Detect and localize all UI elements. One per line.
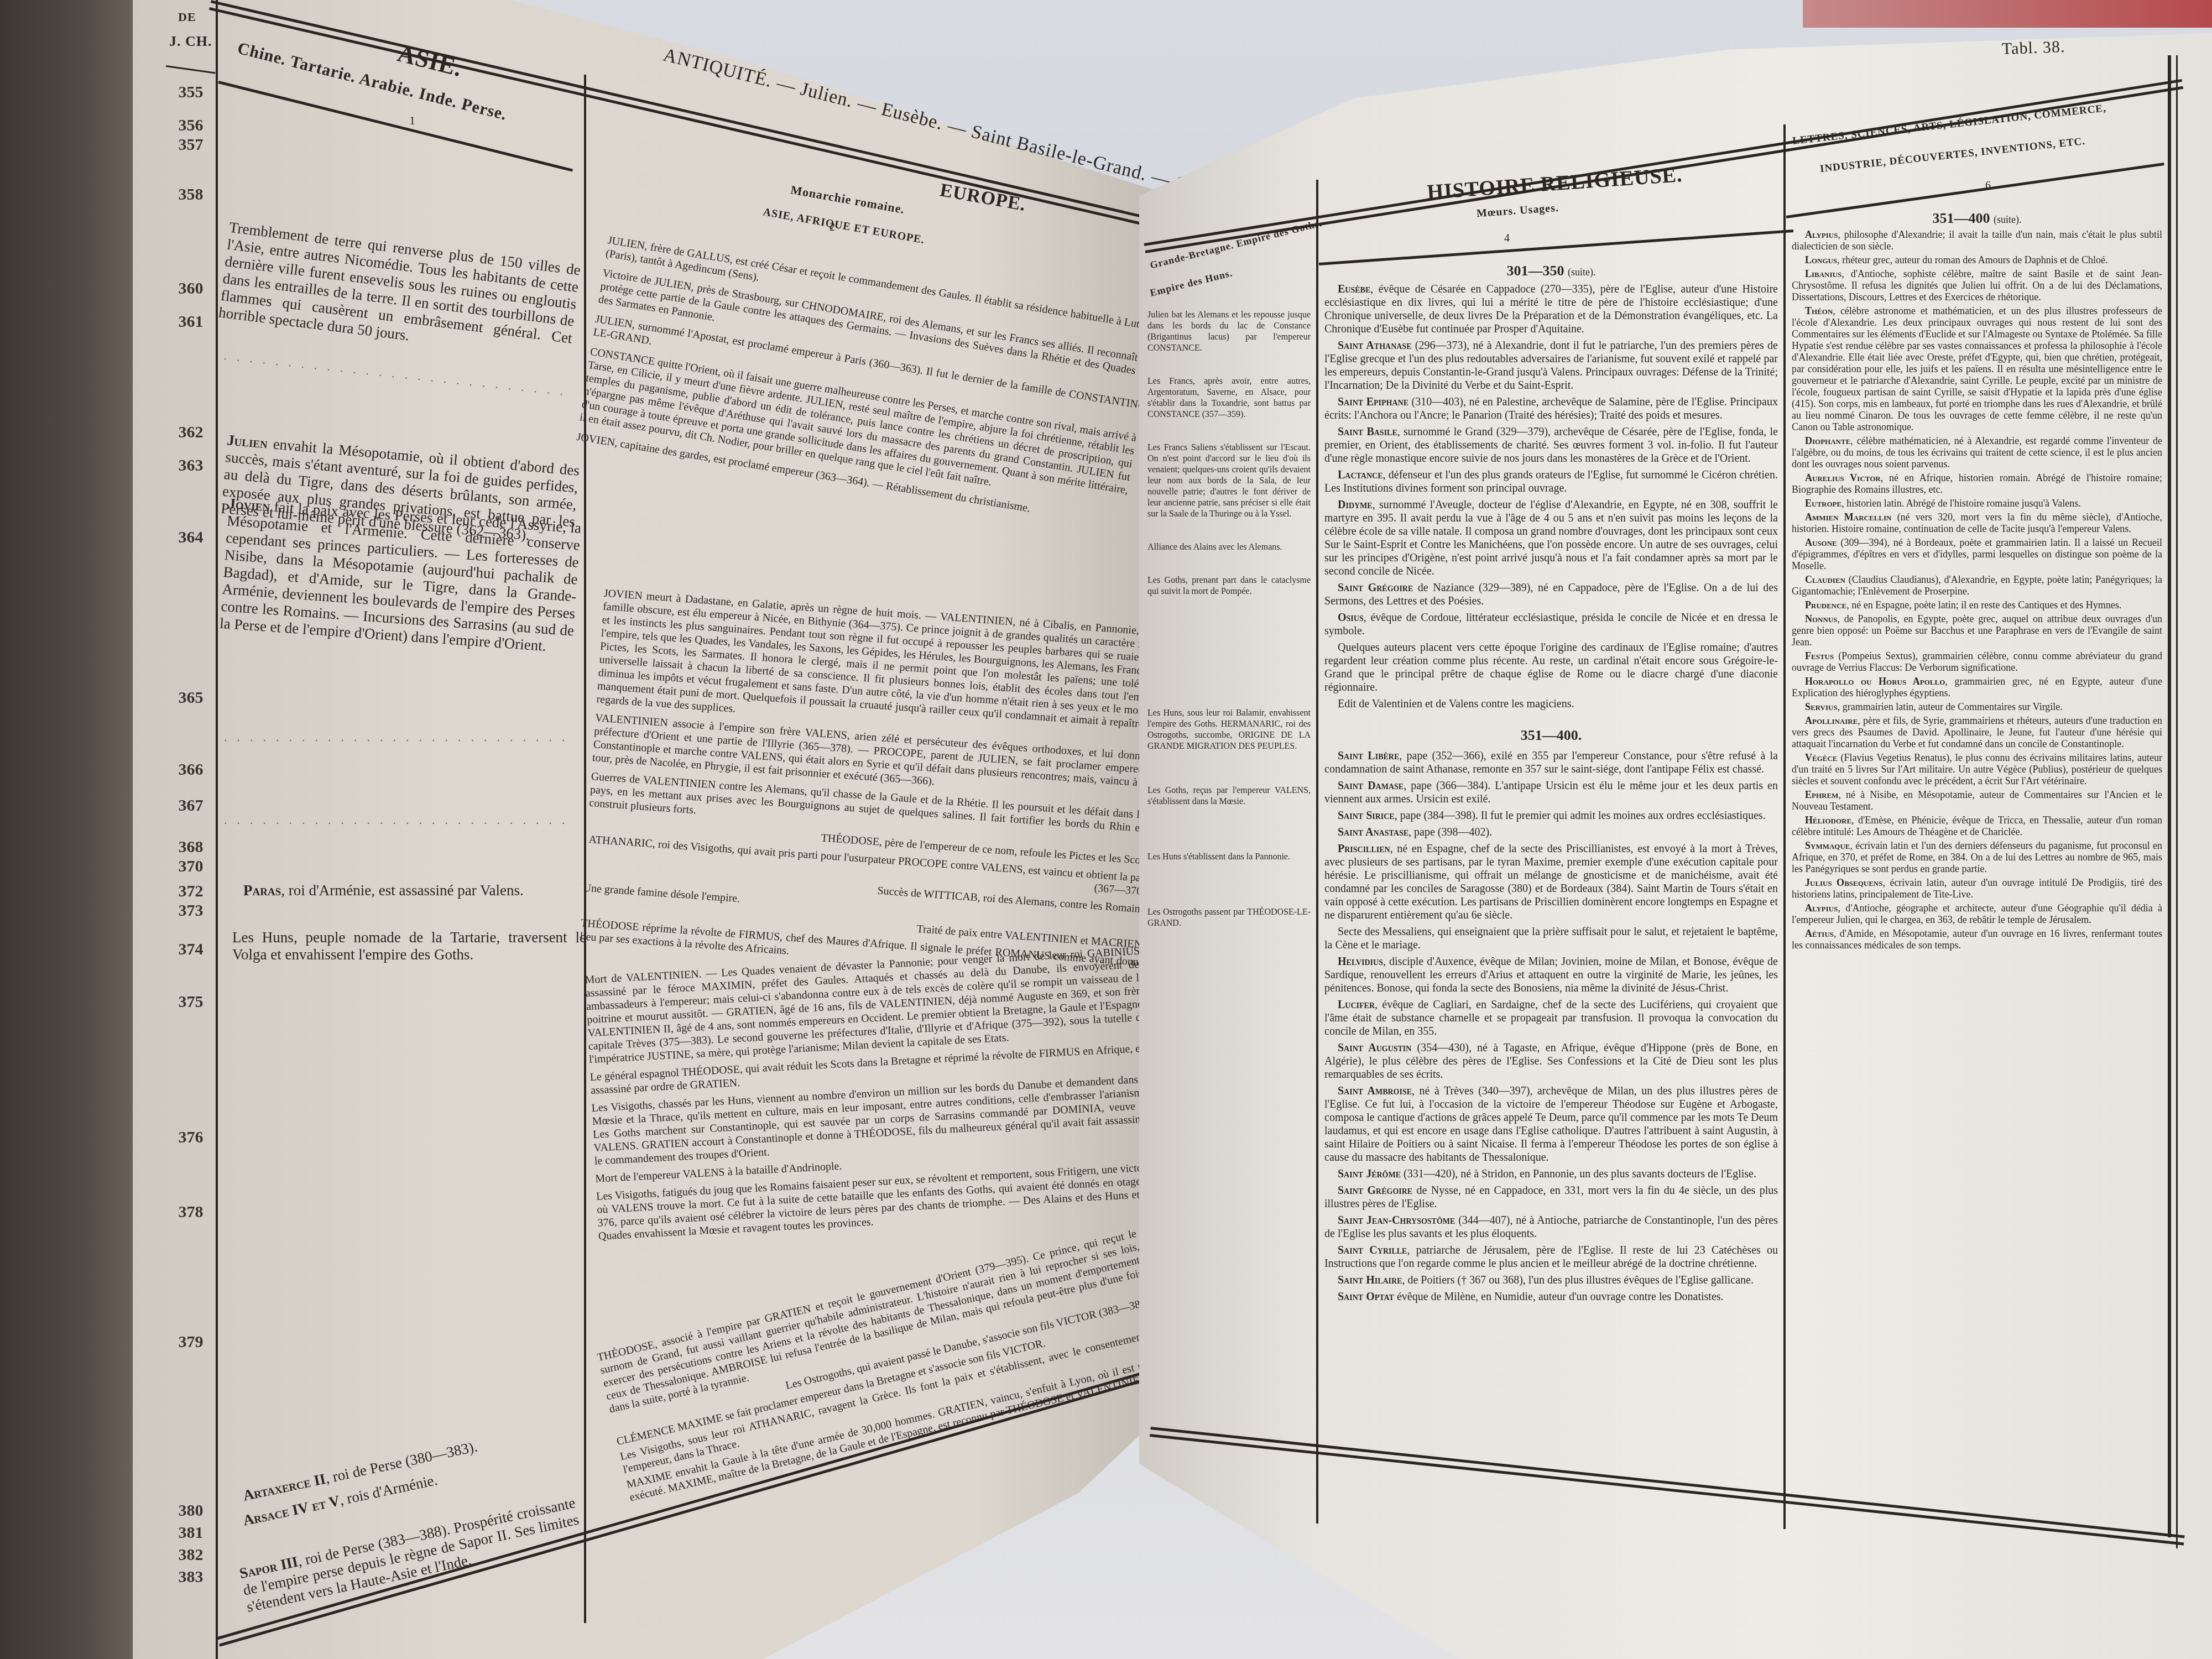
right-page-border-inner xyxy=(2176,55,2178,1548)
religion-entry: Saint Grégoire de Nysse, né en Cappadoce… xyxy=(1324,1184,1778,1211)
year: 363 xyxy=(166,456,216,475)
religion-entry: Saint Augustin (354—430), né à Tagaste, … xyxy=(1324,1041,1778,1081)
religion-period-2: 351—400. xyxy=(1324,727,1778,744)
goths-entry: Les Francs Saliens s'établissent sur l'E… xyxy=(1147,442,1311,520)
asie-entry-374: Les Huns, peuple nomade de la Tartarie, … xyxy=(232,929,586,963)
year: 383 xyxy=(166,1568,216,1587)
year: 378 xyxy=(166,1203,216,1222)
goths-religion-divider xyxy=(1316,180,1318,1524)
lettres-entry: Végèce (Flavius Vegetius Renatus), le pl… xyxy=(1792,752,2162,787)
lettres-column-number: 6 xyxy=(1985,180,1991,192)
religion-column-text: 301—350 (suite). Eusèbe, évêque de César… xyxy=(1324,263,1778,1307)
goths-entry: Alliance des Alains avec les Alemans. xyxy=(1147,542,1311,553)
table-number: Tabl. 38. xyxy=(2001,38,2065,59)
year: 355 xyxy=(166,83,216,102)
right-page-border xyxy=(2168,55,2171,1537)
year: 375 xyxy=(166,993,216,1011)
lettres-entry: Claudien (Claudius Claudianus), d'Alexan… xyxy=(1792,574,2162,597)
year: 360 xyxy=(166,279,216,298)
religion-entry: Saint Jérôme (331—420), né à Stridon, en… xyxy=(1324,1167,1778,1181)
religion-entry: Saint Epiphane (310—403), né en Palestin… xyxy=(1324,395,1778,422)
year: 370 xyxy=(166,857,216,876)
religion-entry: Secte des Messaliens, qui enseignaient q… xyxy=(1324,925,1778,952)
year: 373 xyxy=(166,901,216,920)
lettres-entry: Longus, rhéteur grec, auteur du roman de… xyxy=(1792,254,2162,266)
religion-entry: Saint Anastase, pape (398—402). xyxy=(1324,826,1778,839)
goths-entry: Julien bat les Alemans et les repousse j… xyxy=(1147,310,1311,354)
lettres-entry: Aurelius Victor, né en Afrique, historie… xyxy=(1792,472,2162,495)
book-cover-left xyxy=(0,0,138,1659)
lettres-entry: Ephrem, né à Nisibe, en Mésopotamie, aut… xyxy=(1792,789,2162,812)
asie-entry-363: Jovien fait la paix avec les Perses et l… xyxy=(219,495,582,656)
goths-entry: Les Goths, prenant part dans le cataclys… xyxy=(1147,575,1311,597)
lettres-entry: Apollinaire, père et fils, de Syrie, gra… xyxy=(1792,715,2162,750)
goths-entry: Les Ostrogoths passent par THÉODOSE-LE-G… xyxy=(1147,907,1311,929)
lettres-entry: Alypius, d'Antioche, géographe et archit… xyxy=(1792,902,2162,926)
religion-entry: Saint Ambroise, né à Trèves (340—397), a… xyxy=(1324,1084,1778,1164)
year: 365 xyxy=(166,688,216,707)
religion-entry: Saint Damase, pape (366—384). L'antipape… xyxy=(1324,779,1778,806)
lettres-entry: Prudence, né en Espagne, poète latin; il… xyxy=(1792,599,2162,611)
year: 376 xyxy=(166,1128,216,1147)
year: 380 xyxy=(166,1501,216,1520)
religion-entry: Saint Hilaire, de Poitiers († 367 ou 368… xyxy=(1324,1274,1778,1287)
year: 361 xyxy=(166,312,216,331)
religion-entry: Saint Cyrille, patriarche de Jérusalem, … xyxy=(1324,1244,1778,1270)
lettres-entry: Eutrope, historien latin. Abrégé de l'hi… xyxy=(1792,498,2162,509)
year: 372 xyxy=(166,882,216,901)
year: 368 xyxy=(166,838,216,857)
europe-column-number: 2 xyxy=(830,221,835,234)
religion-entry: Priscillien, né en Espagne, chef de la s… xyxy=(1324,842,1778,922)
year-label-top: DE xyxy=(178,10,196,24)
dot-leader: ........................... xyxy=(224,730,578,744)
year: 356 xyxy=(166,116,216,135)
year-column-divider xyxy=(216,0,218,1659)
lettres-entry: Aétius, d'Amide, en Mésopotamie, auteur … xyxy=(1792,928,2162,951)
year: 379 xyxy=(166,1333,216,1352)
religion-entry: Lactance, défenseur et l'un des plus gra… xyxy=(1324,468,1778,495)
year: 362 xyxy=(166,423,216,442)
religion-entry: Saint Basile, surnommé le Grand (329—379… xyxy=(1324,425,1778,465)
lettres-entry: Symmaque, écrivain latin et l'un des der… xyxy=(1792,840,2162,875)
year: 366 xyxy=(166,760,216,779)
asie-column-number: 1 xyxy=(409,113,415,128)
religion-entry: Saint Jean-Chrysostôme (344—407), né à A… xyxy=(1324,1214,1778,1240)
goths-entry: Les Goths, reçus par l'empereur VALENS, … xyxy=(1147,785,1311,807)
lettres-entry: Libanius, d'Antioche, sophiste célèbre, … xyxy=(1792,268,2162,303)
dot-leader: ........................... xyxy=(224,813,578,827)
religion-entry: Lucifer, évêque de Cagliari, en Sardaign… xyxy=(1324,998,1778,1038)
lettres-column-text: 351—400 (suite). Alypius, philosophe d'A… xyxy=(1792,210,2162,953)
religion-entry: Quelques auteurs placent vers cette époq… xyxy=(1324,641,1778,694)
lettres-entry: Ausone (309—394), né à Bordeaux, poète e… xyxy=(1792,537,2162,572)
year: 382 xyxy=(166,1546,216,1564)
lettres-entry: Ammien Marcellin (né vers 320, mort vers… xyxy=(1792,512,2162,535)
lettres-period: 351—400 (suite). xyxy=(1792,210,2162,227)
religion-entry: Saint Athanase (296—373), né à Alexandri… xyxy=(1324,339,1778,392)
religion-entry: Osius, évêque de Cordoue, littérateur ec… xyxy=(1324,611,1778,638)
religion-column-number: 4 xyxy=(1504,232,1510,245)
asie-entry-372: Paras, roi d'Arménie, est assassiné par … xyxy=(243,882,586,899)
religion-entry: Edit de Valentinien et de Valens contre … xyxy=(1324,697,1778,711)
lettres-entry: Festus (Pompeius Sextus), grammairien cé… xyxy=(1792,650,2162,674)
lettres-entry: Héliodore, d'Emèse, en Phénicie, évêque … xyxy=(1792,815,2162,838)
goths-entry: Les Huns s'établissent dans la Pannonie. xyxy=(1147,852,1311,863)
year-label-bottom: J. CH. xyxy=(169,33,212,50)
europe-column-text-low: Mort de VALENTINIEN. — Les Quades venaie… xyxy=(585,944,1157,1247)
religion-entry: Helvidius, disciple d'Auxence, évêque de… xyxy=(1324,955,1778,995)
religion-entry: Saint Sirice, pape (384—398). Il fut le … xyxy=(1324,809,1778,822)
goths-entry: Les Francs, après avoir, entre autres, A… xyxy=(1147,376,1311,420)
lettres-entry: Horapollo ou Horus Apollo, grammairien g… xyxy=(1792,676,2162,699)
religion-entry: Didyme, surnommé l'Aveugle, docteur de l… xyxy=(1324,498,1778,578)
lettres-entry: Alypius, philosophe d'Alexandrie; il ava… xyxy=(1792,229,2162,252)
europe-column-text-mid: JOVIEN meurt à Dadastane, en Galatie, ap… xyxy=(579,587,1167,987)
religion-entry: Eusèbe, évêque de Césarée en Cappadoce (… xyxy=(1324,283,1778,336)
goths-entry: Les Huns, sous leur roi Balamir, envahis… xyxy=(1147,708,1311,752)
year: 358 xyxy=(166,185,216,204)
book-cover-right-edge xyxy=(1803,0,2212,28)
lettres-entry: Théon, célèbre astronome et mathématicie… xyxy=(1792,305,2162,433)
lettres-entry: Julius Obsequens, écrivain latin, auteur… xyxy=(1792,877,2162,900)
religion-lettres-divider xyxy=(1783,124,1786,1529)
year: 364 xyxy=(166,528,216,547)
year: 374 xyxy=(166,940,216,959)
religion-entry: Saint Grégoire de Naziance (329—389), né… xyxy=(1324,581,1778,608)
year: 367 xyxy=(166,796,216,815)
religion-period-1: 301—350 (suite). xyxy=(1324,263,1778,279)
lettres-entry: Diophante, célèbre mathématicien, né à A… xyxy=(1792,435,2162,470)
year: 357 xyxy=(166,135,216,154)
religion-entry: Saint Optat évêque de Milène, en Numidie… xyxy=(1324,1290,1778,1303)
lettres-entry: Nonnus, de Panopolis, en Egypte, poète g… xyxy=(1792,613,2162,648)
lettres-entry: Servius, grammairien latin, auteur de Co… xyxy=(1792,701,2162,713)
religion-entry: Saint Libère, pape (352—366), exilé en 3… xyxy=(1324,749,1778,776)
goths-column-text: Julien bat les Alemans et les repousse j… xyxy=(1147,310,1311,929)
year: 381 xyxy=(166,1524,216,1542)
